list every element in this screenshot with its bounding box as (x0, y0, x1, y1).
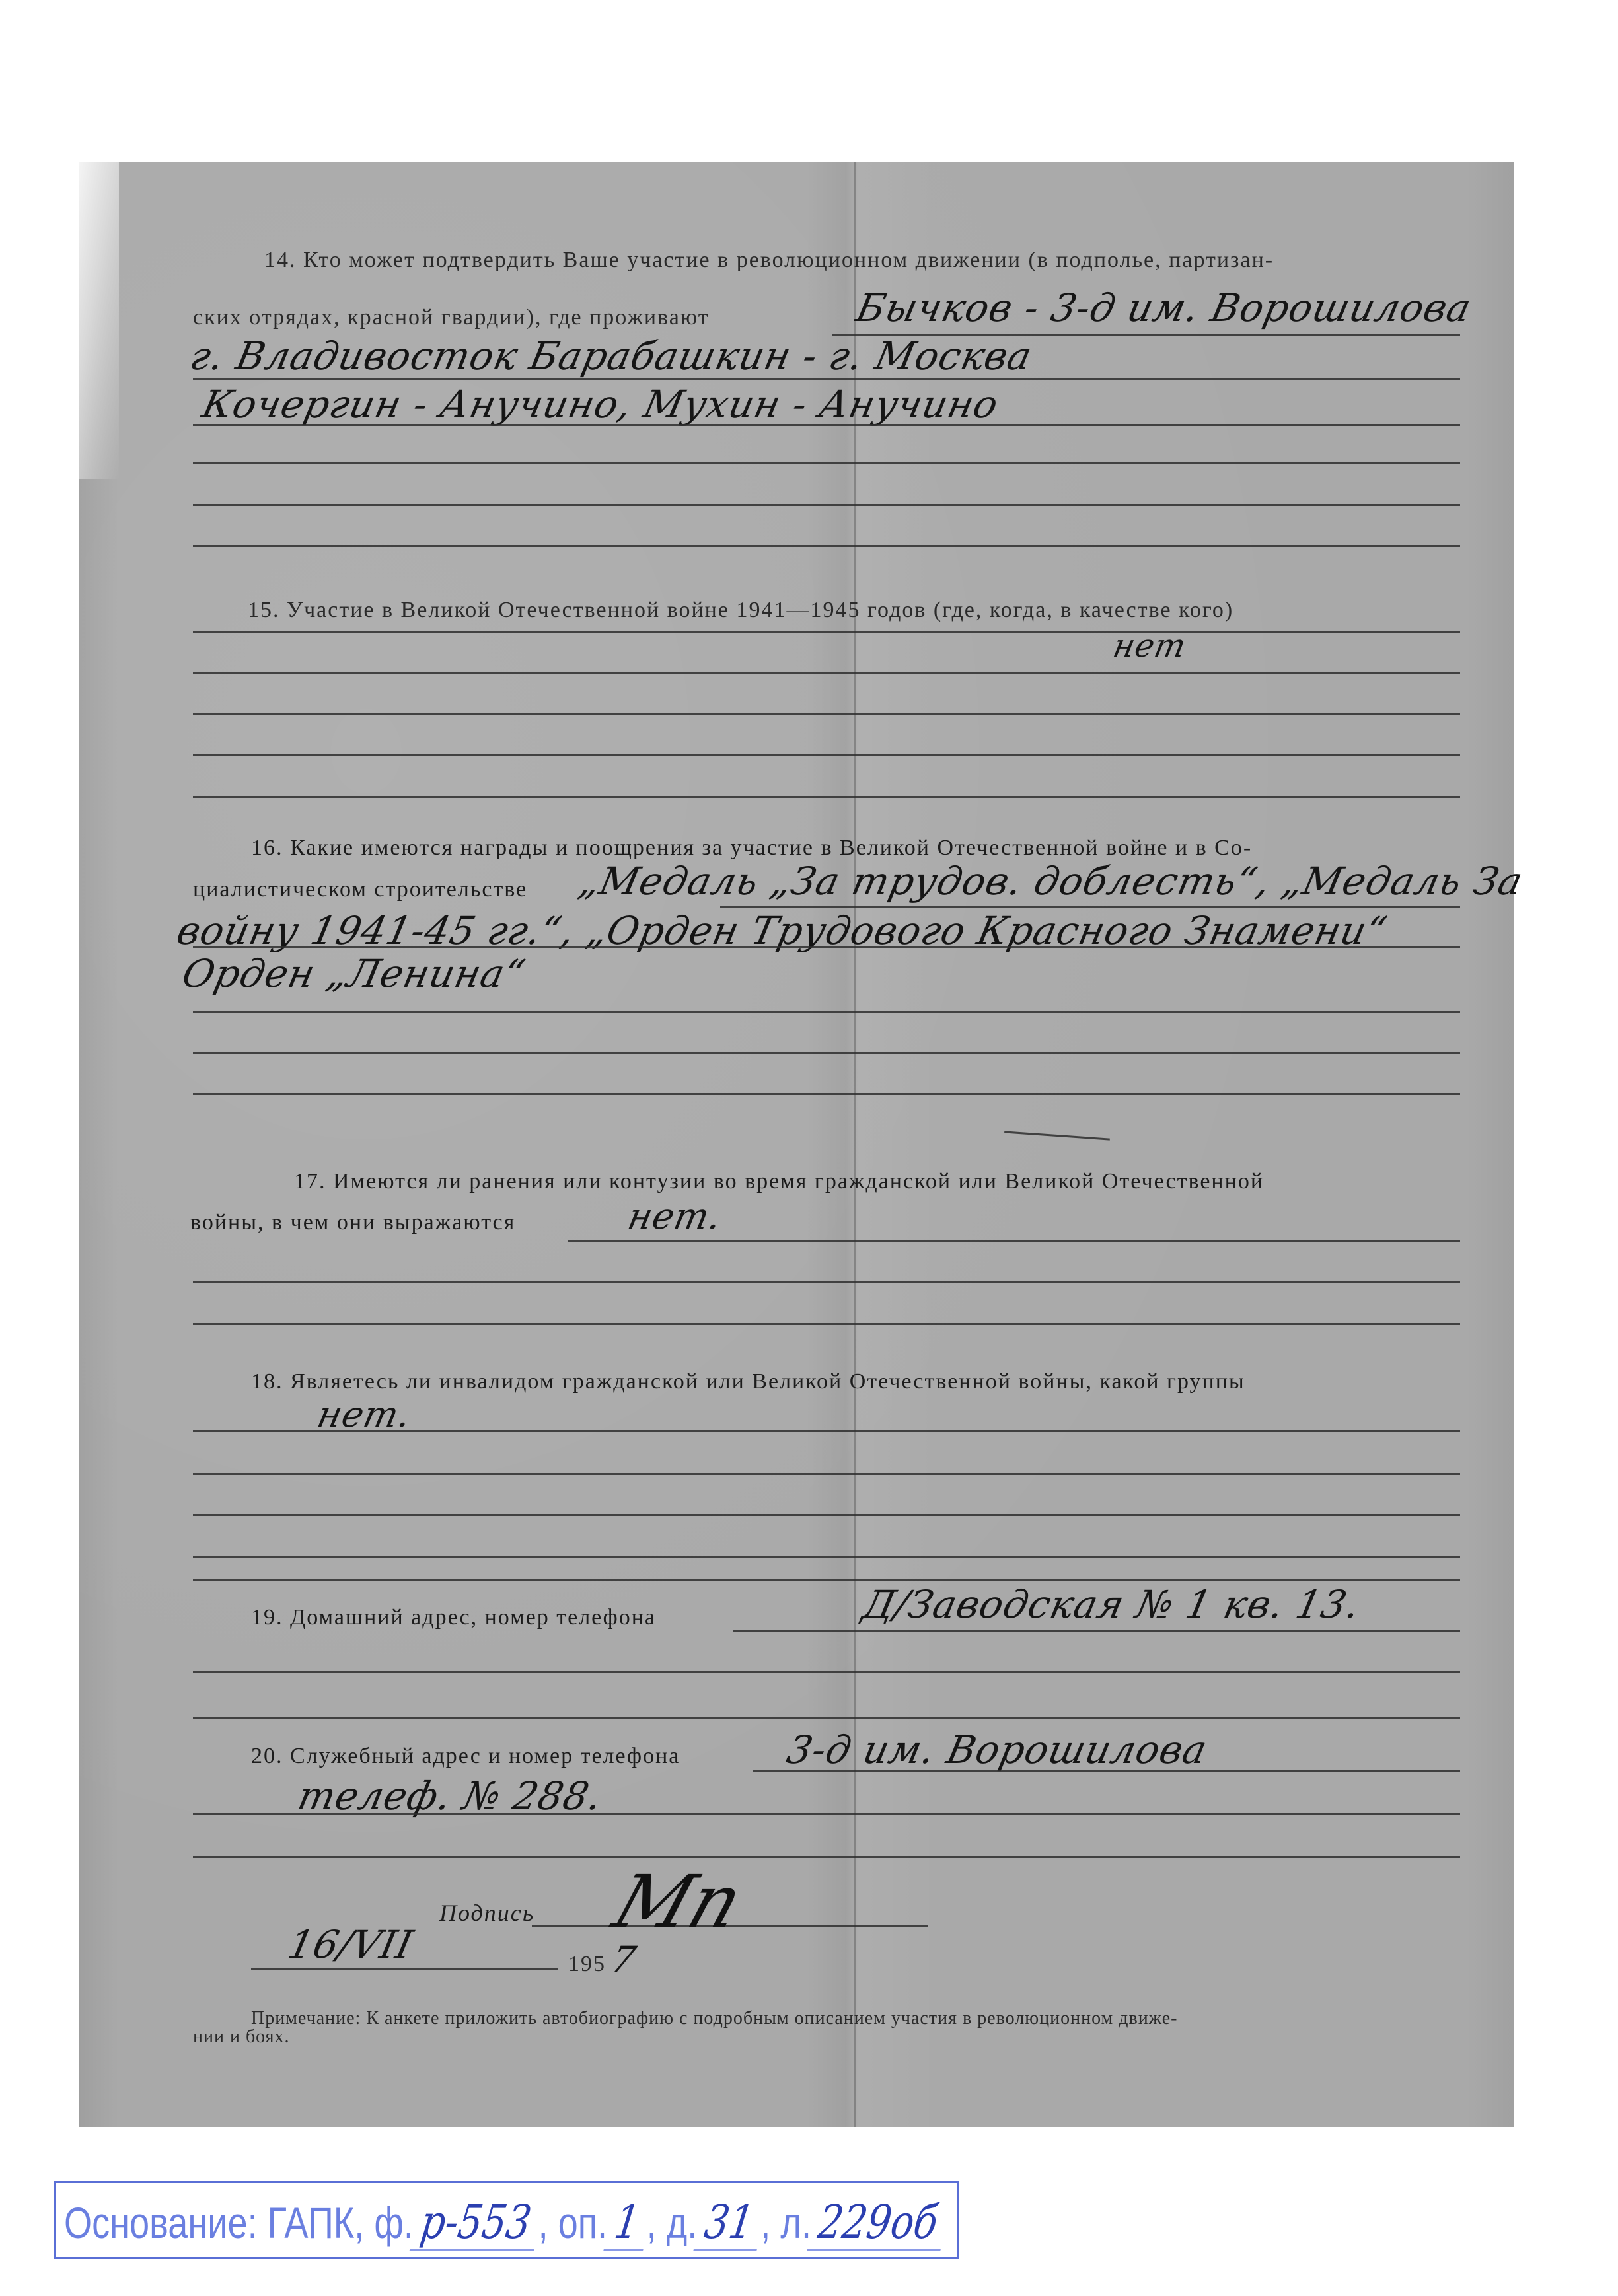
item-19-rule-3 (193, 1717, 1460, 1719)
item-20-rule-1 (753, 1770, 1460, 1772)
year-printed: 195 (568, 1952, 606, 1977)
stamp-list-label: , л. (760, 2198, 811, 2247)
archive-reference-stamp: Основание: ГАПК, ф.р-553, оп.1, д.31, л.… (54, 2181, 959, 2259)
stamp-delo: 31 (693, 2195, 764, 2251)
item-14-answer-rule-2 (193, 424, 1460, 426)
date-line (251, 1968, 558, 1970)
note-line2: нии и боях. (193, 2027, 290, 2048)
item-15-question: 15. Участие в Великой Отечественной войн… (248, 598, 1233, 623)
stamp-opis-label: , оп. (538, 2198, 608, 2247)
item-14-answer-1: г. Владивосток Барабашкин - г. Москва (186, 334, 1036, 378)
item-16-answer-0: „Медаль „За трудов. доблесть“, „Медаль З… (575, 859, 1527, 904)
item-16-rule-2 (193, 946, 1460, 948)
item-18-question: 18. Являетесь ли инвалидом гражданской и… (251, 1369, 1245, 1394)
item-20-question: 20. Служебный адрес и номер телефона (251, 1744, 680, 1769)
item-15-rule-5 (193, 796, 1460, 798)
item-16-rule-4 (193, 1052, 1460, 1054)
item-18-rule-4 (193, 1556, 1460, 1558)
item-14-answer-rule-1 (193, 378, 1460, 380)
item-19-rule-1 (733, 1630, 1460, 1632)
item-16-question-line2: циалистическом строительстве (193, 877, 527, 902)
item-20-answer-0: 3-д им. Ворошилова (783, 1727, 1212, 1772)
item-20-rule-3 (193, 1856, 1460, 1858)
stamp-opis: 1 (603, 2195, 651, 2251)
item-14-answer-rule-5 (193, 545, 1460, 547)
item-16-answer-2: Орден „Ленина“ (178, 951, 530, 996)
item-17-question-line2: войны, в чем они выражаются (190, 1210, 515, 1235)
item-19-rule-2 (193, 1671, 1460, 1673)
item-14-answer-rule-4 (193, 504, 1460, 506)
item-18-rule-5 (193, 1579, 1460, 1581)
item-16-rule-3 (193, 1011, 1460, 1013)
torn-corner (79, 162, 119, 479)
signature-date: 16/VII (284, 1922, 418, 1967)
item-17-rule-2 (193, 1281, 1460, 1283)
item-18-answer: нет. (314, 1394, 415, 1435)
note-line1: Примечание: К анкете приложить автобиогр… (251, 2008, 1177, 2029)
item-19-question: 19. Домашний адрес, номер телефона (251, 1605, 656, 1630)
stamp-prefix: Основание: ГАПК, ф. (64, 2198, 414, 2247)
item-17-question-line1: 17. Имеются ли ранения или контузии во в… (294, 1169, 1264, 1194)
item-15-answer: нет (1110, 628, 1189, 664)
item-18-rule-2 (193, 1473, 1460, 1475)
item-17-answer: нет. (624, 1196, 725, 1237)
item-15-rule-1 (193, 631, 1460, 633)
stamp-text: Основание: ГАПК, ф.р-553, оп.1, д.31, л.… (64, 2195, 945, 2251)
signature-label: Подпись (439, 1899, 534, 1927)
scanned-form-page (79, 162, 1514, 2127)
item-14-answer-2: Кочергин - Анучино, Мухин - Анучино (198, 382, 1002, 427)
item-14-question-line1: 14. Кто может подтвердить Ваше участие в… (264, 248, 1274, 273)
item-17-rule-1 (568, 1240, 1460, 1242)
page-fold-crease (854, 162, 856, 2127)
item-19-answer: Д/Заводская № 1 кв. 13. (859, 1582, 1364, 1627)
stamp-fond: р-553 (410, 2195, 542, 2251)
item-18-rule-3 (193, 1514, 1460, 1516)
item-18-rule-1 (193, 1430, 1460, 1432)
item-16-rule-5 (193, 1093, 1460, 1095)
item-15-rule-4 (193, 754, 1460, 756)
stamp-list: 229об (807, 2195, 949, 2251)
item-20-answer-1: телеф. № 288. (294, 1774, 607, 1818)
item-15-rule-2 (193, 672, 1460, 674)
item-14-answer-rule-3 (193, 462, 1460, 464)
item-16-question-line1: 16. Какие имеются награды и поощрения за… (251, 836, 1252, 861)
item-20-rule-2 (193, 1813, 1460, 1815)
item-14-answer-0: Бычков - 3-д им. Ворошилова (852, 285, 1475, 330)
stamp-delo-label: , д. (647, 2198, 698, 2247)
item-14-question-line2: ских отрядах, красной гвардии), где прож… (193, 305, 710, 330)
item-17-rule-3 (193, 1323, 1460, 1325)
item-15-rule-3 (193, 713, 1460, 715)
